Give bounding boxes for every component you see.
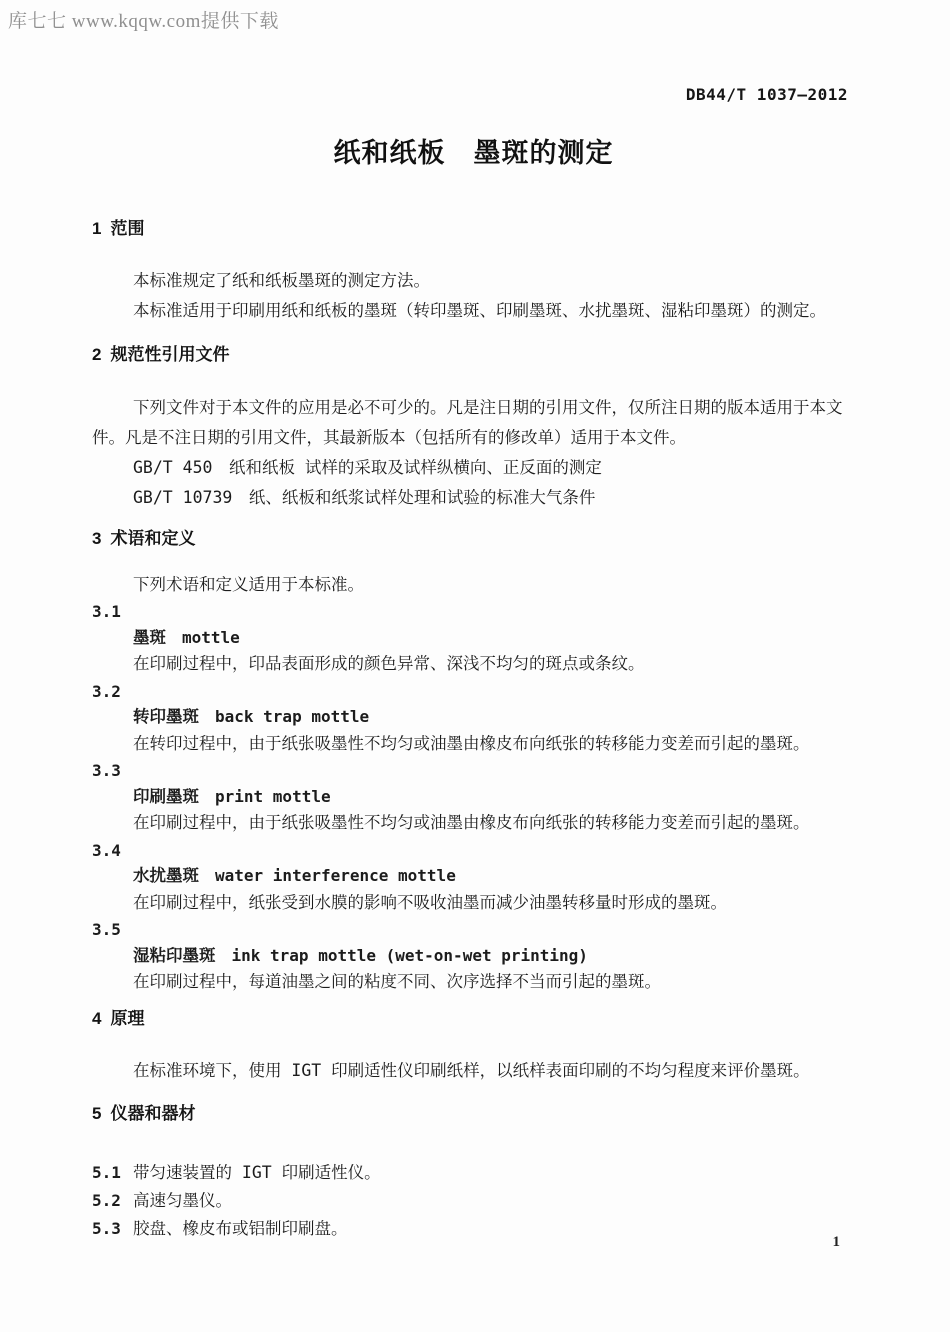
term-name: 印刷墨斑print mottle: [92, 784, 855, 811]
term-entry-3-4: 3.4 水扰墨斑water interference mottle 在印刷过程中…: [92, 838, 855, 916]
term-entry-3-5: 3.5 湿粘印墨斑ink trap mottle (wet-on-wet pri…: [92, 917, 855, 995]
clause-number: 5.1: [92, 1159, 133, 1187]
term-number: 3.2: [92, 679, 855, 705]
standard-number: DB44/T 1037—2012: [686, 85, 848, 104]
principle-paragraph: 在标准环境下，使用 IGT 印刷适性仪印刷纸样，以纸样表面印刷的不均匀程度来评价…: [92, 1056, 855, 1086]
page-content: 纸和纸板 墨斑的测定 1 范围 本标准规定了纸和纸板墨斑的测定方法。 本标准适用…: [0, 138, 950, 1243]
term-name: 湿粘印墨斑ink trap mottle (wet-on-wet printin…: [92, 943, 855, 970]
section-number: 2: [92, 345, 101, 365]
section-terms-heading: 3 术语和定义: [92, 529, 855, 549]
section-principle-heading: 4 原理: [92, 1009, 855, 1029]
watermark: 库七七 www.kqqw.com提供下载: [8, 6, 279, 33]
section-number: 5: [92, 1104, 101, 1124]
term-number: 3.1: [92, 599, 855, 625]
term-name-en: mottle: [182, 628, 240, 647]
section-number: 1: [92, 219, 101, 239]
term-definition: 在转印过程中，由于纸张吸墨性不均匀或油墨由橡皮布向纸张的转移能力变差而引起的墨斑…: [92, 731, 855, 757]
term-entry-3-3: 3.3 印刷墨斑print mottle 在印刷过程中，由于纸张吸墨性不均匀或油…: [92, 758, 855, 836]
term-name: 转印墨斑back trap mottle: [92, 704, 855, 731]
terms-intro: 下列术语和定义适用于本标准。: [92, 571, 855, 599]
scope-paragraph-2: 本标准适用于印刷用纸和纸板的墨斑（转印墨斑、印刷墨斑、水扰墨斑、湿粘印墨斑）的测…: [92, 296, 855, 326]
term-name-zh: 印刷墨斑: [133, 788, 199, 806]
term-number: 3.5: [92, 917, 855, 943]
term-name: 水扰墨斑water interference mottle: [92, 863, 855, 890]
term-name-zh: 转印墨斑: [133, 708, 199, 726]
page-number: 1: [833, 1234, 841, 1251]
section-scope-heading: 1 范围: [92, 219, 855, 239]
section-apparatus-heading: 5 仪器和器材: [92, 1104, 855, 1124]
term-name-en: ink trap mottle (wet-on-wet printing): [232, 946, 588, 965]
clause-5-3: 5.3 胶盘、橡皮布或铝制印刷盘。: [92, 1215, 855, 1243]
scope-paragraph-1: 本标准规定了纸和纸板墨斑的测定方法。: [92, 266, 855, 296]
clause-5-1: 5.1 带匀速装置的 IGT 印刷适性仪。: [92, 1159, 855, 1187]
section-number: 4: [92, 1009, 101, 1029]
term-name-en: water interference mottle: [215, 866, 456, 885]
term-name: 墨斑mottle: [92, 625, 855, 652]
clause-text: 胶盘、橡皮布或铝制印刷盘。: [133, 1215, 348, 1243]
document-page: 库七七 www.kqqw.com提供下载 DB44/T 1037—2012 纸和…: [0, 0, 950, 1332]
term-definition: 在印刷过程中，每道油墨之间的粘度不同、次序选择不当而引起的墨斑。: [92, 969, 855, 995]
section-references-heading: 2 规范性引用文件: [92, 345, 855, 365]
references-paragraph: 下列文件对于本文件的应用是必不可少的。凡是注日期的引用文件，仅所注日期的版本适用…: [92, 393, 855, 453]
clause-text: 带匀速装置的 IGT 印刷适性仪。: [133, 1159, 381, 1187]
term-name-zh: 湿粘印墨斑: [133, 947, 216, 965]
section-number: 3: [92, 529, 101, 549]
term-name-zh: 墨斑: [133, 629, 166, 647]
term-number: 3.3: [92, 758, 855, 784]
term-entry-3-1: 3.1 墨斑mottle 在印刷过程中，印品表面形成的颜色异常、深浅不均匀的斑点…: [92, 599, 855, 677]
document-title: 纸和纸板 墨斑的测定: [92, 138, 855, 168]
reference-gbt-450: GB/T 450 纸和纸板 试样的采取及试样纵横向、正反面的测定: [92, 453, 855, 483]
term-entry-3-2: 3.2 转印墨斑back trap mottle 在转印过程中，由于纸张吸墨性不…: [92, 679, 855, 757]
section-title: 规范性引用文件: [110, 345, 229, 365]
clause-text: 高速匀墨仪。: [133, 1187, 232, 1215]
term-definition: 在印刷过程中，印品表面形成的颜色异常、深浅不均匀的斑点或条纹。: [92, 651, 855, 677]
term-number: 3.4: [92, 838, 855, 864]
section-title: 原理: [110, 1009, 144, 1029]
term-name-zh: 水扰墨斑: [133, 867, 199, 885]
clause-5-2: 5.2 高速匀墨仪。: [92, 1187, 855, 1215]
term-name-en: print mottle: [215, 787, 331, 806]
reference-gbt-10739: GB/T 10739 纸、纸板和纸浆试样处理和试验的标准大气条件: [92, 483, 855, 513]
clause-number: 5.3: [92, 1215, 133, 1243]
term-definition: 在印刷过程中，纸张受到水膜的影响不吸收油墨而减少油墨转移量时形成的墨斑。: [92, 890, 855, 916]
clause-number: 5.2: [92, 1187, 133, 1215]
section-title: 术语和定义: [110, 529, 195, 549]
term-name-en: back trap mottle: [215, 707, 369, 726]
section-title: 范围: [110, 219, 144, 239]
section-title: 仪器和器材: [110, 1104, 195, 1124]
term-definition: 在印刷过程中，由于纸张吸墨性不均匀或油墨由橡皮布向纸张的转移能力变差而引起的墨斑…: [92, 810, 855, 836]
